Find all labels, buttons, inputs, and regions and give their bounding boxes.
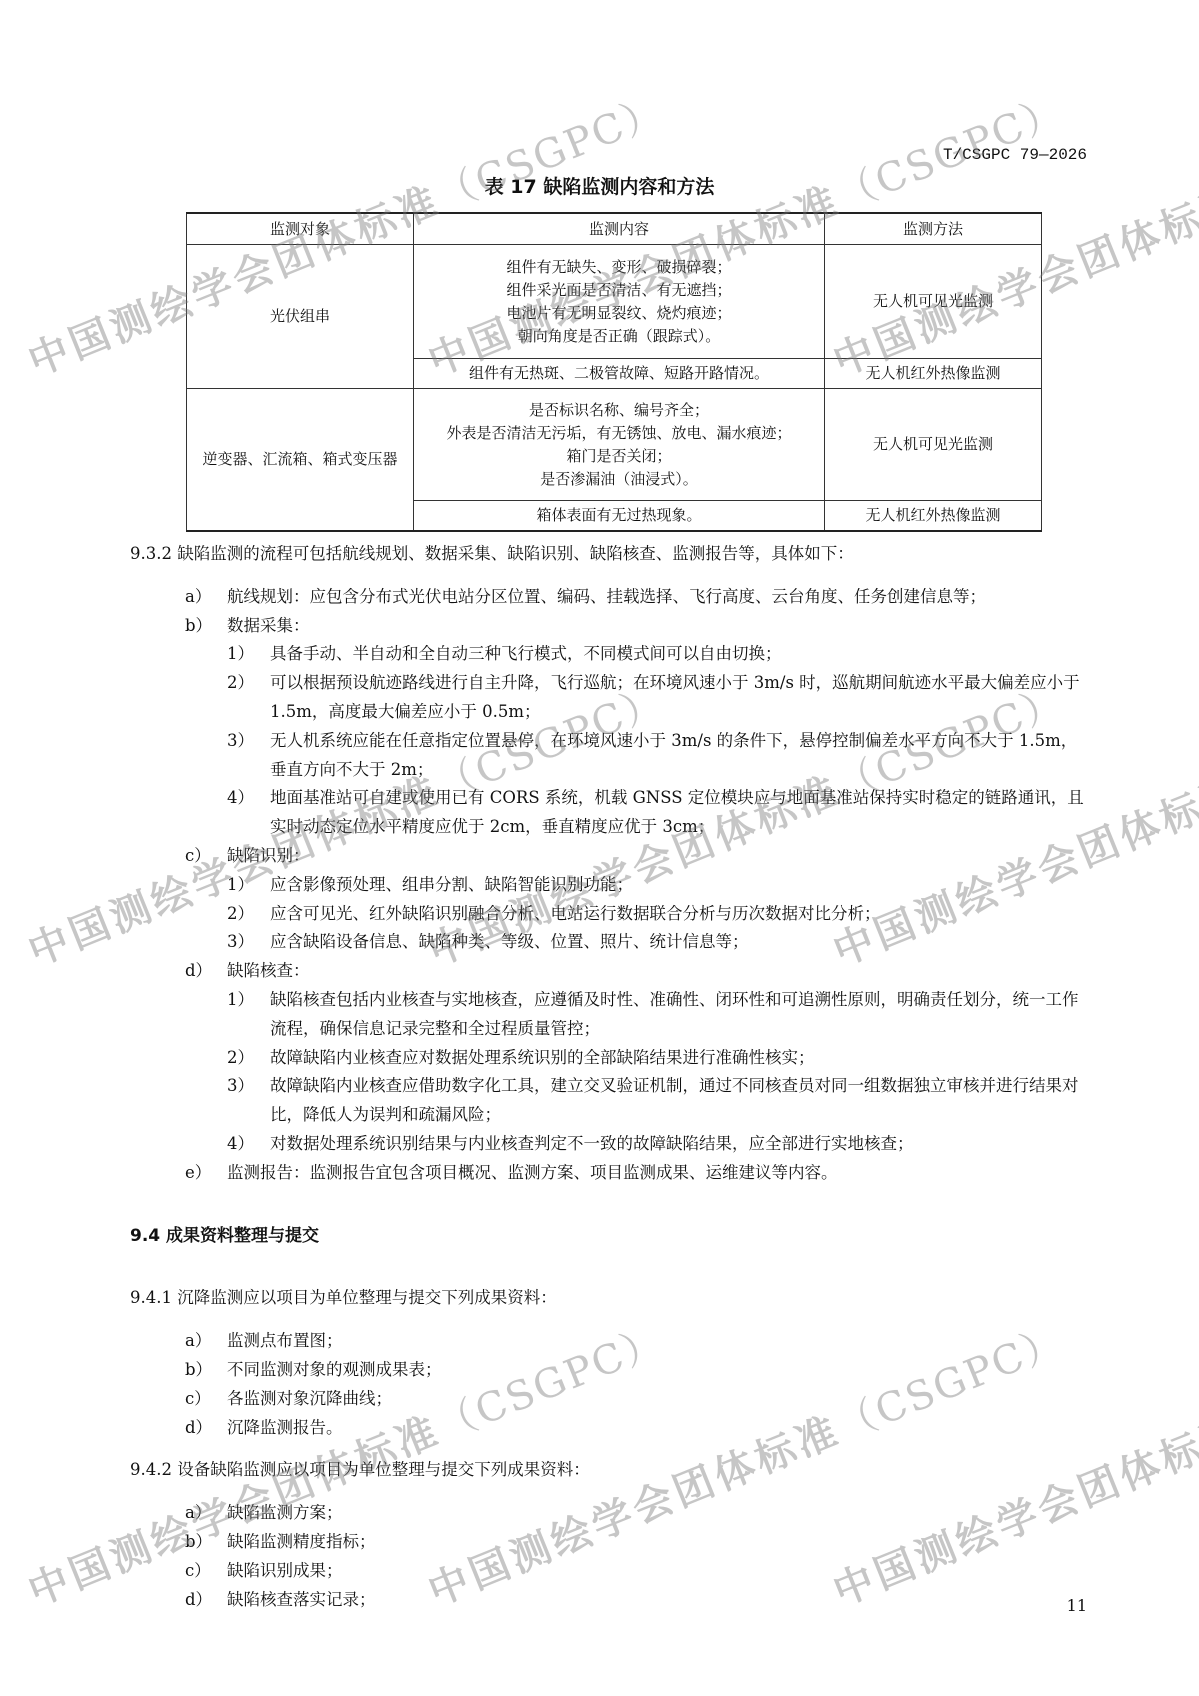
content-line: 组件有无热斑、二极管故障、短路开路情况。	[422, 362, 816, 385]
list-text: 缺陷识别成果；	[227, 1561, 343, 1580]
list-label: d）	[185, 1586, 212, 1615]
content-line: 是否渗漏油（油浸式）。	[422, 468, 816, 491]
list-item: a）缺陷监测方案；	[130, 1499, 1090, 1528]
watermark-tag: （CSGPC）	[430, 87, 671, 220]
list-label: a）	[185, 1499, 211, 1528]
list-label: b）	[185, 1356, 212, 1385]
column-header-method: 监测方法	[825, 213, 1042, 245]
list-text: 各监测对象沉降曲线；	[227, 1389, 392, 1408]
clause-9-4-2-intro: 9.4.2 设备缺陷监测应以项目为单位整理与提交下列成果资料：	[130, 1456, 1090, 1485]
sub-label: 1）	[227, 640, 254, 669]
content-line: 箱体表面有无过热现象。	[422, 504, 816, 527]
column-header-object: 监测对象	[187, 213, 414, 245]
list-item: b）缺陷监测精度指标；	[130, 1528, 1090, 1557]
list-label: c）	[185, 1557, 211, 1586]
table-cell-object: 逆变器、汇流箱、箱式变压器	[187, 389, 414, 531]
content-line: 组件采光面是否清洁、有无遮挡；	[422, 279, 816, 302]
table-cell-method: 无人机可见光监测	[825, 389, 1042, 501]
list-label: b）	[185, 1528, 212, 1557]
list-text: 沉降监测报告。	[227, 1418, 343, 1437]
list-text: 航线规划：应包含分布式光伏电站分区位置、编码、挂载选择、飞行高度、云台角度、任务…	[227, 587, 986, 606]
sub-label: 2）	[227, 1044, 254, 1073]
list-item-b: b） 数据采集：	[130, 612, 1090, 641]
sub-text: 缺陷核查包括内业核查与实地核查，应遵循及时性、准确性、闭环性和可追溯性原则，明确…	[270, 990, 1079, 1038]
list-label: b）	[185, 612, 212, 641]
defect-monitoring-table: 监测对象 监测内容 监测方法 光伏组串 组件有无缺失、变形、破损碎裂； 组件采光…	[186, 212, 1042, 532]
list-text: 缺陷核查落实记录；	[227, 1590, 376, 1609]
list-item: c）缺陷识别成果；	[130, 1557, 1090, 1586]
table-row: 逆变器、汇流箱、箱式变压器 是否标识名称、编号齐全； 外表是否清洁无污垢，有无锈…	[187, 389, 1042, 501]
table-header-row: 监测对象 监测内容 监测方法	[187, 213, 1042, 245]
sub-label: 2）	[227, 900, 254, 929]
content-line: 朝向角度是否正确（跟踪式）。	[422, 325, 816, 348]
table-cell-method: 无人机可见光监测	[825, 245, 1042, 359]
clause-9-4-1-intro: 9.4.1 沉降监测应以项目为单位整理与提交下列成果资料：	[130, 1284, 1090, 1313]
sub-text: 地面基准站可自建或使用已有 CORS 系统，机载 GNSS 定位模块应与地面基准…	[270, 788, 1084, 836]
list-label: a）	[185, 1327, 211, 1356]
sub-item: 2）应含可见光、红外缺陷识别融合分析、电站运行数据联合分析与历次数据对比分析；	[130, 900, 1090, 929]
table-cell-object: 光伏组串	[187, 245, 414, 389]
sub-item: 3）故障缺陷内业核查应借助数字化工具，建立交叉验证机制，通过不同核查员对同一组数…	[130, 1072, 1090, 1130]
sub-label: 3）	[227, 1072, 254, 1101]
sub-text: 应含影像预处理、组串分割、缺陷智能识别功能；	[270, 875, 633, 894]
sub-item: 4）地面基准站可自建或使用已有 CORS 系统，机载 GNSS 定位模块应与地面…	[130, 784, 1090, 842]
table-row: 光伏组串 组件有无缺失、变形、破损碎裂； 组件采光面是否清洁、有无遮挡； 电池片…	[187, 245, 1042, 359]
list-label: d）	[185, 1414, 212, 1443]
column-header-content: 监测内容	[414, 213, 825, 245]
document-page: T/CSGPC 79—2026 表 17 缺陷监测内容和方法 监测对象 监测内容…	[0, 0, 1199, 1696]
list-text: 缺陷监测精度指标；	[227, 1532, 376, 1551]
sub-label: 3）	[227, 727, 254, 756]
sub-text: 具备手动、半自动和全自动三种飞行模式，不同模式间可以自由切换；	[270, 644, 782, 663]
content-line: 组件有无缺失、变形、破损碎裂；	[422, 256, 816, 279]
sub-label: 4）	[227, 1130, 254, 1159]
sub-text: 无人机系统应能在任意指定位置悬停，在环境风速小于 3m/s 的条件下，悬停控制偏…	[270, 731, 1077, 779]
sub-item: 3）无人机系统应能在任意指定位置悬停，在环境风速小于 3m/s 的条件下，悬停控…	[130, 727, 1090, 785]
list-label: d）	[185, 957, 212, 986]
list-item: b）不同监测对象的观测成果表；	[130, 1356, 1090, 1385]
sub-label: 4）	[227, 784, 254, 813]
table-cell-method: 无人机红外热像监测	[825, 501, 1042, 531]
content-line: 箱门是否关闭；	[422, 445, 816, 468]
sub-label: 1）	[227, 871, 254, 900]
list-item-c: c） 缺陷识别：	[130, 842, 1090, 871]
sub-item: 2）可以根据预设航迹路线进行自主升降，飞行巡航；在环境风速小于 3m/s 时，巡…	[130, 669, 1090, 727]
list-item-e: e） 监测报告：监测报告宜包含项目概况、监测方案、项目监测成果、运维建议等内容。	[130, 1159, 1090, 1188]
list-label: a）	[185, 583, 211, 612]
list-text: 缺陷核查：	[227, 961, 310, 980]
sub-text: 应含可见光、红外缺陷识别融合分析、电站运行数据联合分析与历次数据对比分析；	[270, 904, 881, 923]
sub-label: 3）	[227, 928, 254, 957]
table-cell-content: 组件有无缺失、变形、破损碎裂； 组件采光面是否清洁、有无遮挡； 电池片有无明显裂…	[414, 245, 825, 359]
list-item: d）沉降监测报告。	[130, 1414, 1090, 1443]
list-item-a: a） 航线规划：应包含分布式光伏电站分区位置、编码、挂载选择、飞行高度、云台角度…	[130, 583, 1090, 612]
table-cell-content: 箱体表面有无过热现象。	[414, 501, 825, 531]
sub-item: 3）应含缺陷设备信息、缺陷种类、等级、位置、照片、统计信息等；	[130, 928, 1090, 957]
section-9-3-2: 9.3.2 缺陷监测的流程可包括航线规划、数据采集、缺陷识别、缺陷核查、监测报告…	[130, 540, 1090, 1614]
sub-text: 故障缺陷内业核查应对数据处理系统识别的全部缺陷结果进行准确性核实；	[270, 1048, 815, 1067]
document-code: T/CSGPC 79—2026	[943, 146, 1087, 164]
sub-text: 可以根据预设航迹路线进行自主升降，飞行巡航；在环境风速小于 3m/s 时，巡航期…	[270, 673, 1080, 721]
content-line: 是否标识名称、编号齐全；	[422, 399, 816, 422]
sub-text: 应含缺陷设备信息、缺陷种类、等级、位置、照片、统计信息等；	[270, 932, 749, 951]
page-number: 11	[1067, 1596, 1087, 1615]
list-text: 不同监测对象的观测成果表；	[227, 1360, 442, 1379]
sub-label: 2）	[227, 669, 254, 698]
list-text: 监测点布置图；	[227, 1331, 343, 1350]
sub-item: 2）故障缺陷内业核查应对数据处理系统识别的全部缺陷结果进行准确性核实；	[130, 1044, 1090, 1073]
sub-label: 1）	[227, 986, 254, 1015]
list-item: c）各监测对象沉降曲线；	[130, 1385, 1090, 1414]
sub-item: 1）应含影像预处理、组串分割、缺陷智能识别功能；	[130, 871, 1090, 900]
list-text: 监测报告：监测报告宜包含项目概况、监测方案、项目监测成果、运维建议等内容。	[227, 1163, 838, 1182]
list-label: e）	[185, 1159, 211, 1188]
table-cell-content: 是否标识名称、编号齐全； 外表是否清洁无污垢，有无锈蚀、放电、漏水痕迹； 箱门是…	[414, 389, 825, 501]
table-cell-content: 组件有无热斑、二极管故障、短路开路情况。	[414, 359, 825, 389]
list-text: 数据采集：	[227, 616, 310, 635]
table-title: 表 17 缺陷监测内容和方法	[0, 172, 1199, 199]
section-heading-9-4: 9.4 成果资料整理与提交	[130, 1222, 1090, 1251]
list-text: 缺陷识别：	[227, 846, 310, 865]
sub-text: 故障缺陷内业核查应借助数字化工具，建立交叉验证机制，通过不同核查员对同一组数据独…	[270, 1076, 1079, 1124]
sub-item: 1）具备手动、半自动和全自动三种飞行模式，不同模式间可以自由切换；	[130, 640, 1090, 669]
clause-9-3-2-intro: 9.3.2 缺陷监测的流程可包括航线规划、数据采集、缺陷识别、缺陷核查、监测报告…	[130, 540, 1090, 569]
list-text: 缺陷监测方案；	[227, 1503, 343, 1522]
content-line: 电池片有无明显裂纹、烧灼痕迹；	[422, 302, 816, 325]
sub-item: 4）对数据处理系统识别结果与内业核查判定不一致的故障缺陷结果，应全部进行实地核查…	[130, 1130, 1090, 1159]
sub-item: 1）缺陷核查包括内业核查与实地核查，应遵循及时性、准确性、闭环性和可追溯性原则，…	[130, 986, 1090, 1044]
list-label: c）	[185, 842, 211, 871]
list-item: d）缺陷核查落实记录；	[130, 1586, 1090, 1615]
content-line: 外表是否清洁无污垢，有无锈蚀、放电、漏水痕迹；	[422, 422, 816, 445]
sub-text: 对数据处理系统识别结果与内业核查判定不一致的故障缺陷结果，应全部进行实地核查；	[270, 1134, 914, 1153]
list-label: c）	[185, 1385, 211, 1414]
list-item: a）监测点布置图；	[130, 1327, 1090, 1356]
list-item-d: d） 缺陷核查：	[130, 957, 1090, 986]
table-cell-method: 无人机红外热像监测	[825, 359, 1042, 389]
